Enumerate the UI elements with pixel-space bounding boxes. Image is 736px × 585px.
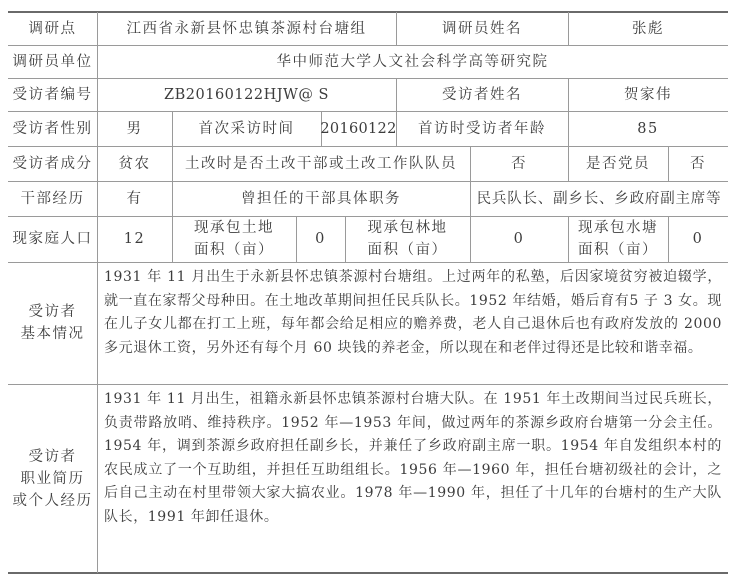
- career-history-label-line3: 或个人经历: [13, 490, 93, 512]
- class-status-value: 贫农: [97, 146, 172, 181]
- surveyor-name-value: 张彪: [568, 12, 728, 45]
- basic-info-label: 受访者 基本情况: [8, 262, 97, 384]
- gender-label: 受访者性别: [8, 111, 97, 146]
- contracted-farmland-value: 0: [296, 216, 345, 262]
- interviewee-id-value: ZB20160122HJW@ S: [97, 78, 396, 111]
- career-history-label-line2: 职业简历: [21, 468, 85, 490]
- contracted-pond-label-line1: 现承包水塘: [578, 217, 658, 239]
- first-interview-date-value: 20160122: [321, 111, 396, 146]
- survey-site-value: 江西省永新县怀忠镇茶源村台塘组: [97, 12, 396, 45]
- career-history-text: 1931 年 11 月出生，祖籍永新县怀忠镇茶源村台塘大队。在 1951 年土改…: [97, 384, 728, 573]
- career-history-label-line1: 受访者: [29, 446, 77, 468]
- land-reform-cadre-value: 否: [470, 146, 568, 181]
- party-member-value: 否: [668, 146, 728, 181]
- basic-info-label-line1: 受访者: [29, 301, 77, 323]
- survey-site-label: 调研点: [8, 12, 97, 45]
- cadre-positions-label: 曾担任的干部具体职务: [172, 181, 470, 216]
- contracted-forest-label: 现承包林地 面积（亩）: [345, 216, 470, 262]
- career-history-label: 受访者 职业简历 或个人经历: [8, 384, 97, 573]
- interviewee-name-value: 贺家伟: [568, 78, 728, 111]
- contracted-forest-label-line1: 现承包林地: [368, 217, 448, 239]
- household-size-label: 现家庭人口: [8, 216, 97, 262]
- age-at-first-interview-label: 首访时受访者年龄: [396, 111, 568, 146]
- gender-value: 男: [97, 111, 172, 146]
- surveyor-unit-label: 调研员单位: [8, 45, 97, 78]
- household-size-value: 12: [97, 216, 172, 262]
- first-interview-date-label: 首次采访时间: [172, 111, 321, 146]
- class-status-label: 受访者成分: [8, 146, 97, 181]
- interviewee-id-label: 受访者编号: [8, 78, 97, 111]
- contracted-pond-label: 现承包水塘 面积（亩）: [568, 216, 668, 262]
- cadre-experience-value: 有: [97, 181, 172, 216]
- contracted-farmland-label-line1: 现承包土地: [194, 217, 274, 239]
- surveyor-unit-value: 华中师范大学人文社会科学高等研究院: [97, 45, 728, 78]
- contracted-forest-label-line2: 面积（亩）: [368, 239, 448, 261]
- age-at-first-interview-value: 85: [568, 111, 728, 146]
- cadre-positions-value: 民兵队长、副乡长、乡政府副主席等: [470, 181, 728, 216]
- contracted-pond-value: 0: [668, 216, 728, 262]
- interview-info-table: 调研点 江西省永新县怀忠镇茶源村台塘组 调研员姓名 张彪 调研员单位 华中师范大…: [0, 0, 736, 585]
- land-reform-cadre-label: 土改时是否土改干部或土改工作队队员: [172, 146, 470, 181]
- cadre-experience-label: 干部经历: [8, 181, 97, 216]
- basic-info-label-line2: 基本情况: [21, 323, 85, 345]
- interviewee-name-label: 受访者姓名: [396, 78, 568, 111]
- basic-info-text: 1931 年 11 月出生于永新县怀忠镇茶源村台塘组。上过两年的私塾，后因家境贫…: [97, 262, 728, 384]
- contracted-forest-value: 0: [470, 216, 568, 262]
- contracted-farmland-label-line2: 面积（亩）: [194, 239, 274, 261]
- party-member-label: 是否党员: [568, 146, 668, 181]
- surveyor-name-label: 调研员姓名: [396, 12, 568, 45]
- contracted-pond-label-line2: 面积（亩）: [578, 239, 658, 261]
- contracted-farmland-label: 现承包土地 面积（亩）: [172, 216, 296, 262]
